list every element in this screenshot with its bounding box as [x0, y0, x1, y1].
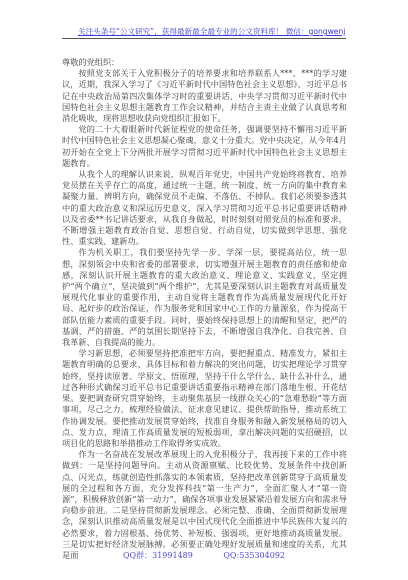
paragraph: 从我个人的理解认识来说，纵观百年党史，中国共产党始终将教育、培养党员摆在关乎存亡… [62, 169, 347, 247]
paragraph: 党的二十大着眼新时代新征程党的使命任务，强调要坚持不懈用习近平新时代中国特色社会… [62, 124, 347, 169]
qq-group-text: QQ群：31991489 [123, 550, 193, 561]
qq-text: QQ:535304092 [223, 551, 285, 560]
document-body: 尊敬的党组织： 按照党支部关于入党积极分子的培养要求和培养联系人***、***的… [62, 57, 347, 561]
paragraph: 学习新思想，必须要坚持把准把牢方向，要把握重点、精准发力，紧扣主题教育明确的总要… [62, 348, 347, 449]
paragraph: 作为一名奋战在发展改革展现上的入党积极分子，我再接下来的工作中将做到：一是坚持问… [62, 449, 347, 561]
paragraph: 作为机关职工，我们要坚持先学一步、学深一层，要提高站位，统一思想，深刻领会中央和… [62, 247, 347, 348]
footer-contact: QQ群：31991489 QQ:535304092 [0, 550, 408, 561]
paragraph: 按照党支部关于入党积极分子的培养要求和培养联系人***、***的学习建议，近期，… [62, 68, 347, 124]
header-banner-link[interactable]: 关注头条号“公文研究”，获得最新最全最专业的公文资料库！ 微信：gongwenj [78, 26, 345, 37]
salutation: 尊敬的党组织： [62, 57, 347, 68]
header-banner: 关注头条号“公文研究”，获得最新最全最专业的公文资料库！ 微信：gongwenj [62, 26, 346, 39]
